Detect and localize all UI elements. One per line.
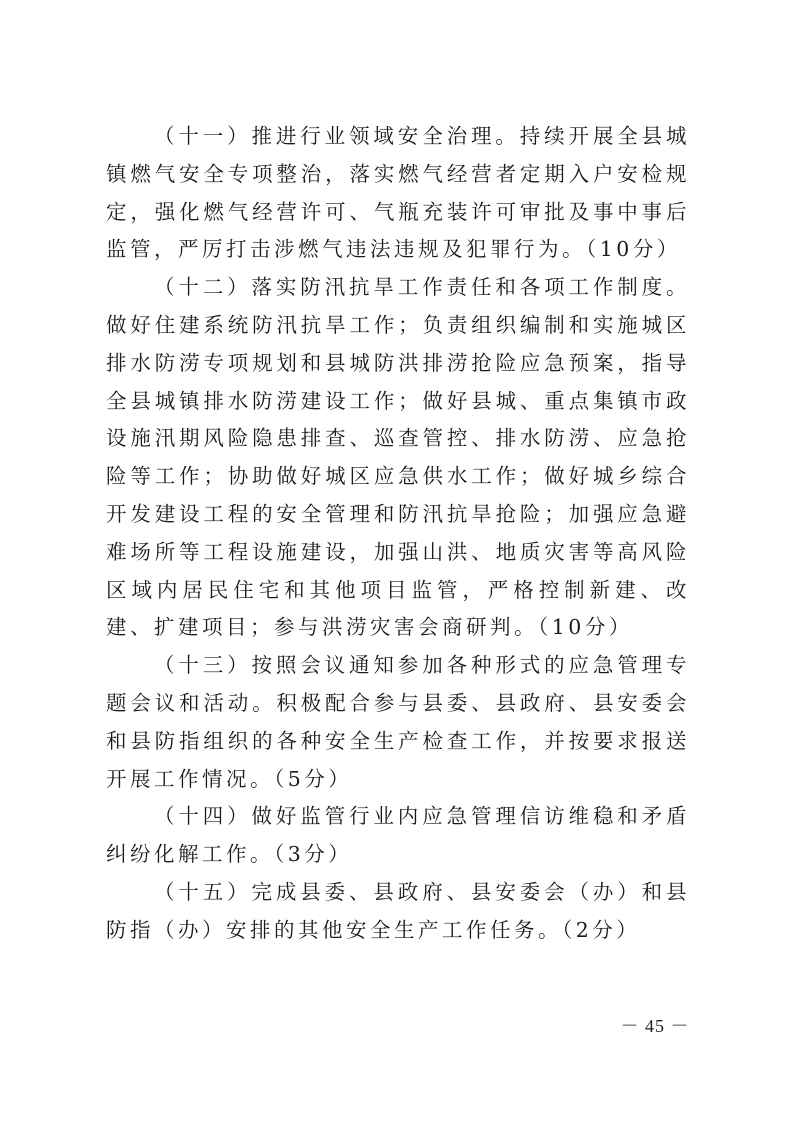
paragraph-item-13: （十三）按照会议通知参加各种形式的应急管理专题会议和活动。积极配合参与县委、县政… <box>106 647 690 798</box>
document-body: （十一）推进行业领域安全治理。持续开展全县城镇燃气安全专项整治，落实燃气经营者定… <box>106 118 690 950</box>
page-number: － 45 － <box>620 1012 690 1038</box>
paragraph-item-12: （十二）落实防汛抗旱工作责任和各项工作制度。做好住建系统防汛抗旱工作；负责组织编… <box>106 269 690 647</box>
paragraph-item-11: （十一）推进行业领域安全治理。持续开展全县城镇燃气安全专项整治，落实燃气经营者定… <box>106 118 690 269</box>
paragraph-item-15: （十五）完成县委、县政府、县安委会（办）和县防指（办）安排的其他安全生产工作任务… <box>106 874 690 950</box>
paragraph-item-14: （十四）做好监管行业内应急管理信访维稳和矛盾纠纷化解工作。（3分） <box>106 798 690 874</box>
